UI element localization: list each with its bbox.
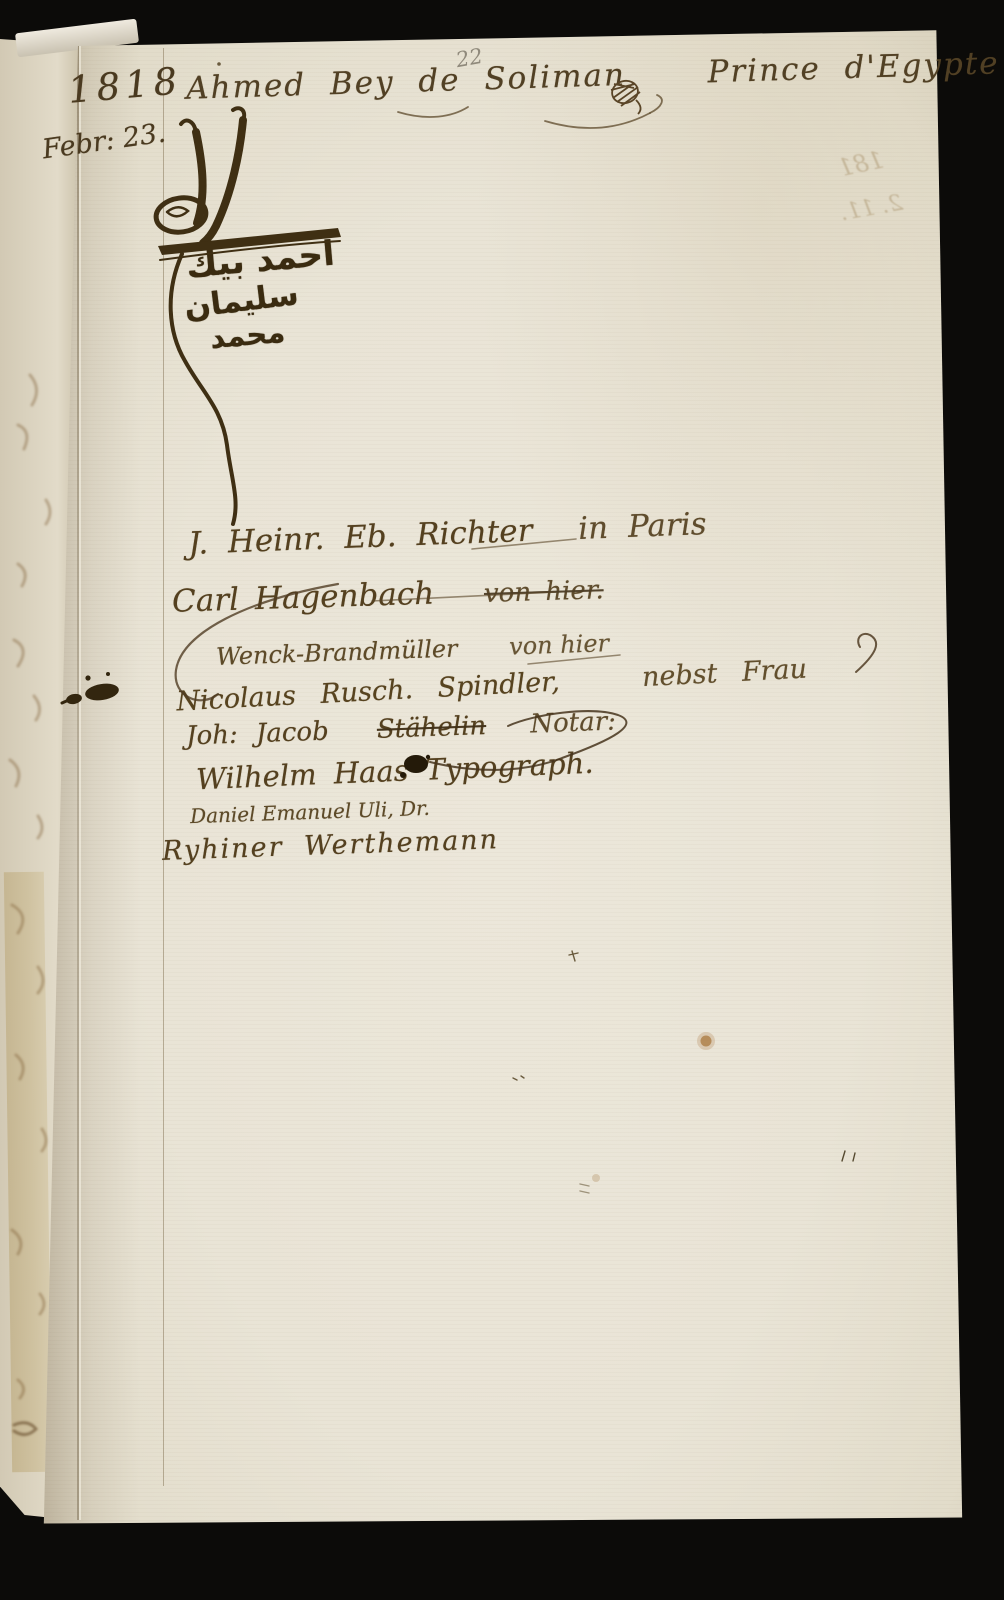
rosette-strokes — [610, 78, 641, 114]
ink-blot — [400, 755, 430, 778]
manuscript-photo: 1818 Febr: 23. 22 Ahmed Bey de Soliman P… — [0, 0, 1004, 1600]
margin-ink-smudge — [62, 672, 120, 706]
large-c-flourish — [176, 584, 338, 700]
ink-flourishes — [0, 0, 1004, 1600]
underline-swash — [398, 95, 662, 128]
tughra-flourish — [154, 108, 341, 524]
notar-paraph-loop — [430, 711, 626, 770]
strike-marks — [372, 539, 620, 664]
frau-curl — [856, 634, 876, 672]
foxing-spot — [697, 1032, 715, 1050]
foxing-spot — [592, 1174, 600, 1182]
